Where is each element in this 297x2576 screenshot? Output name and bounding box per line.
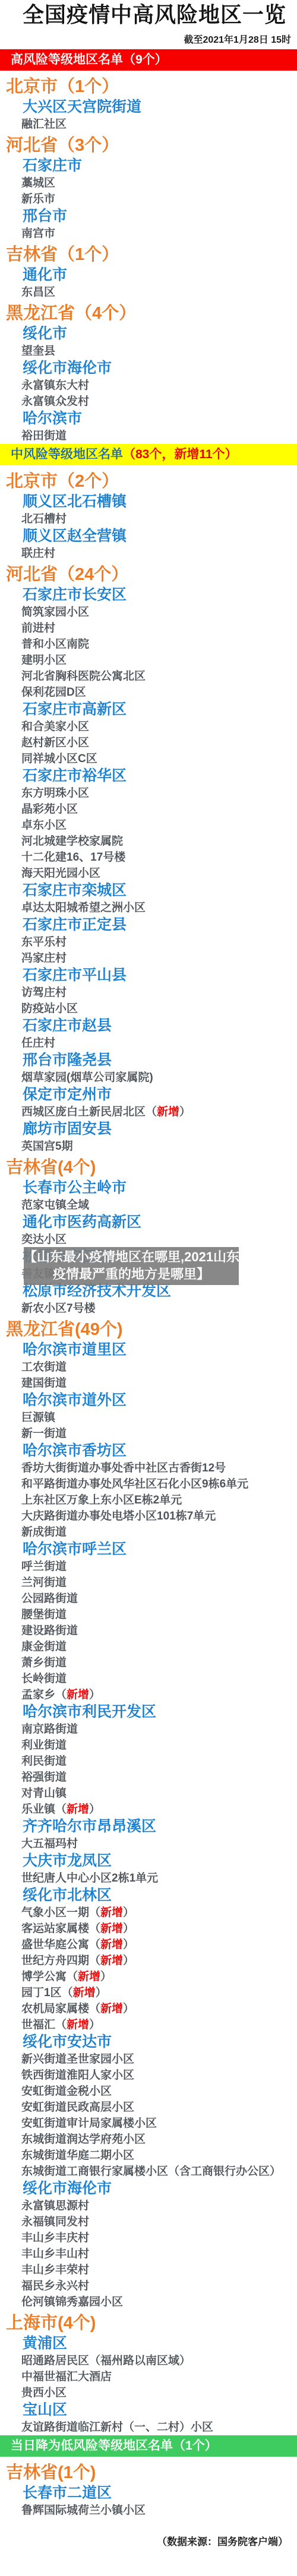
area-name: 英国宫5期	[21, 1140, 73, 1153]
area-item: 大庆路街道办事处电塔小区101栋7单元	[0, 1508, 297, 1524]
area-item: 安虹街道审计局家属楼小区	[0, 2115, 297, 2131]
area-item: 河北省胸科医院公寓北区	[0, 668, 297, 684]
area-name: 卓东小区	[21, 819, 67, 832]
area-name: 永富镇东大村	[21, 379, 89, 392]
new-badge-paren: （	[89, 1906, 100, 1919]
city-heading: 石家庄市裕华区	[0, 767, 297, 785]
area-name: 永富镇思源村	[21, 2200, 89, 2212]
area-item: 东昌区	[0, 284, 297, 300]
area-item: 博学公寓（新增）	[0, 1969, 297, 1985]
area-item: 永富镇众发村	[0, 394, 297, 410]
area-item: 农机局家属楼（新增）	[0, 2001, 297, 2017]
area-name: 乐业镇	[21, 1803, 55, 1816]
risk-section-medium: 中风险等级地区名单（83个，新增11个）北京市（2个）顺义区北石槽镇北石槽村顺义…	[0, 444, 297, 2435]
area-name: 裕田街道	[21, 430, 67, 442]
area-item: 裕强街道	[0, 1769, 297, 1785]
area-name: 客运站家属楼	[21, 1923, 89, 1935]
risk-sections: 高风险等级地区名单（9个）北京市（1个）大兴区天宫院街道融汇社区河北省（3个）石…	[0, 49, 297, 2518]
area-item: 东方明珠小区	[0, 785, 297, 801]
area-name: 防疫站小区	[21, 1003, 78, 1015]
province-heading: 吉林省(1个)	[0, 2463, 297, 2482]
area-name: 永福镇同发村	[21, 2216, 89, 2228]
area-item: 简筑家园小区	[0, 604, 297, 620]
area-name: 福民乡永兴村	[21, 2280, 89, 2292]
area-name: 简筑家园小区	[21, 606, 89, 618]
banner-label: 中风险等级地区名单	[11, 448, 123, 461]
area-item: 乐业镇（新增）	[0, 1801, 297, 1817]
area-name: 孟家乡	[21, 1689, 55, 1701]
area-item: 腰堡街道	[0, 1607, 297, 1623]
area-item: 永福镇同发村	[0, 2214, 297, 2230]
area-name: 东城街道润达学府苑小区	[21, 2133, 146, 2146]
new-badge-paren: ）	[89, 2019, 100, 2031]
city-heading: 哈尔滨市呼兰区	[0, 1541, 297, 1558]
area-item: 新兴街道圣世家园小区	[0, 2051, 297, 2067]
new-badge-paren: （	[89, 1939, 100, 1951]
area-name: 盛世华庭公寓	[21, 1939, 89, 1951]
city-heading: 大庆市龙凤区	[0, 1852, 297, 1870]
city-heading: 绥化市北林区	[0, 1887, 297, 1904]
area-item: 保利花园D区	[0, 684, 297, 700]
city-heading: 哈尔滨市道外区	[0, 1392, 297, 1409]
area-item: 东平乐村	[0, 934, 297, 950]
province-heading: 北京市（1个）	[0, 77, 297, 96]
province-heading: 黑龙江省(49个)	[0, 1320, 297, 1339]
risk-section-low: 当日降为低风险等级地区名单（1个）吉林省(1个)长春市二道区鲁辉国际城荷兰小镇小…	[0, 2435, 297, 2518]
area-item: 气象小区一期（新增）	[0, 1905, 297, 1921]
area-item: 冯家庄村	[0, 950, 297, 966]
area-name: 建明小区	[21, 654, 67, 667]
new-badge: 新增	[73, 1987, 96, 1999]
area-item: 伦河镇锦秀嘉园小区	[0, 2294, 297, 2310]
city-heading: 廊坊市固安县	[0, 1121, 297, 1138]
area-item: 南宫市	[0, 226, 297, 242]
area-item: 长岭街道	[0, 1671, 297, 1687]
area-item: 孟家乡（新增）	[0, 1687, 297, 1703]
new-badge-paren: （	[62, 1987, 73, 1999]
area-name: 保利花园D区	[21, 686, 86, 699]
area-name: 鲁辉国际城荷兰小镇小区	[21, 2504, 146, 2517]
area-name: 奕达小区	[21, 1233, 67, 1246]
city-heading: 石家庄市长安区	[0, 586, 297, 604]
area-name: 和合美家小区	[21, 721, 89, 733]
city-heading: 黄浦区	[0, 2335, 297, 2352]
banner-label: 高风险等级地区名单（9个）	[11, 53, 168, 66]
province-heading: 北京市（2个）	[0, 472, 297, 491]
new-badge: 新增	[100, 2003, 123, 2015]
area-name: 对青山镇	[21, 1787, 67, 1800]
area-item: 和平路街道办事处风华社区石化小区9栋6单元	[0, 1476, 297, 1492]
city-heading: 通化市医药高新区	[0, 1214, 297, 1231]
city-heading: 齐齐哈尔市昂昂溪区	[0, 1818, 297, 1835]
area-item: 英国宫5期	[0, 1138, 297, 1154]
new-badge-paren: ）	[89, 1803, 100, 1816]
area-item: 园丁1区（新增）	[0, 1985, 297, 2001]
new-badge-paren: ）	[100, 1971, 112, 1983]
area-item: 建设路街道	[0, 1623, 297, 1639]
area-item: 前进村	[0, 620, 297, 636]
as-of-timestamp: 截至2021年1月28日 15时	[0, 34, 297, 46]
area-name: 利业街道	[21, 1739, 67, 1752]
area-name: 园丁1区	[21, 1987, 62, 1999]
area-item: 呼兰街道	[0, 1559, 297, 1575]
province-heading: 吉林省（1个）	[0, 245, 297, 264]
area-name: 东城街道工商银行家属楼小区（含工商银行办公区）	[21, 2165, 281, 2178]
area-item: 世纪唐人中心小区2栋1单元	[0, 1870, 297, 1886]
area-item: 赵村新区小区	[0, 735, 297, 751]
area-name: 前进村	[21, 622, 55, 635]
area-item: 铁西街道淮阳人家小区	[0, 2067, 297, 2083]
area-item: 同祥城小区C区	[0, 751, 297, 767]
city-heading: 哈尔滨市香坊区	[0, 1442, 297, 1460]
city-heading: 石家庄市赵县	[0, 1017, 297, 1035]
area-name: 新成街道	[21, 1526, 67, 1538]
area-name: 任庄村	[21, 1037, 55, 1049]
area-name: 世纪唐人中心小区2栋1单元	[21, 1872, 158, 1885]
city-heading: 松原市宁江区【山东最小疫情地区在哪里,2021山东疫情最严重的地方是哪里】	[0, 1248, 297, 1265]
area-item: 和合美家小区	[0, 719, 297, 735]
area-name: 丰山乡丰荣村	[21, 2264, 89, 2276]
area-name: 赵村新区小区	[21, 737, 89, 749]
new-badge-paren: （	[55, 1689, 67, 1701]
area-name: 上东社区万象上东小区E栋2单元	[21, 1494, 182, 1506]
city-heading: 哈尔滨市道里区	[0, 1341, 297, 1359]
area-name: 藁城区	[21, 177, 55, 189]
area-name: 长岭街道	[21, 1673, 67, 1685]
area-name: 北石槽村	[21, 513, 67, 525]
area-name: 友谊路街道临江新村（一、二村）小区	[21, 2421, 213, 2434]
area-item: 普和小区南院	[0, 636, 297, 652]
area-name: 南京路街道	[21, 1723, 78, 1736]
area-item: 永富镇思源村	[0, 2198, 297, 2214]
area-item: 海天阳光园小区	[0, 865, 297, 881]
area-name: 伦河镇锦秀嘉园小区	[21, 2296, 123, 2308]
area-name: 访驾庄村	[21, 986, 67, 999]
city-heading: 邢台市隆尧县	[0, 1052, 297, 1069]
city-heading: 长春市二道区	[0, 2485, 297, 2502]
area-name: 世福汇	[21, 2019, 55, 2031]
new-badge-paren: ）	[123, 1923, 134, 1935]
area-item: 友谊路街道临江新村（一、二村）小区	[0, 2419, 297, 2435]
province-heading: 河北省（3个）	[0, 136, 297, 155]
area-item: 安虹街道金税小区	[0, 2083, 297, 2099]
area-item: 大五福玛村	[0, 1836, 297, 1852]
area-name: 康金街道	[21, 1641, 67, 1653]
area-item: 西城区庞白土新民居北区（新增）	[0, 1104, 297, 1120]
new-badge: 新增	[67, 2019, 89, 2031]
area-item: 范家屯镇全域	[0, 1197, 297, 1213]
city-heading: 绥化市安达市	[0, 2033, 297, 2051]
area-name: 腰堡街道	[21, 1609, 67, 1621]
area-item: 建明小区	[0, 652, 297, 668]
city-heading: 石家庄市平山县	[0, 967, 297, 984]
area-item: 对青山镇	[0, 1785, 297, 1801]
area-name: 联庄村	[21, 547, 55, 560]
city-heading: 石家庄市栾城区	[0, 882, 297, 899]
area-item: 上东社区万象上东小区E栋2单元	[0, 1492, 297, 1508]
new-badge: 新增	[157, 1106, 179, 1118]
area-item: 昭通路居民区（福州路以南区域）	[0, 2353, 297, 2369]
new-badge-paren: ）	[123, 2003, 134, 2015]
area-item: 建国街道	[0, 1375, 297, 1391]
city-heading: 松原市经济技术开发区	[0, 1283, 297, 1300]
city-heading: 保定市定州市	[0, 1086, 297, 1103]
area-item: 联庄村	[0, 545, 297, 561]
area-item: 南京路街道	[0, 1721, 297, 1737]
area-name: 世纪方舟四期	[21, 1955, 89, 1967]
area-item: 访驾庄村	[0, 985, 297, 1001]
new-badge-paren: （	[89, 1955, 100, 1967]
new-badge-paren: ）	[123, 1939, 134, 1951]
area-name: 萧乡街道	[21, 1657, 67, 1669]
new-badge-paren: （	[146, 1106, 157, 1118]
area-name: 中福世福汇大酒店	[21, 2371, 112, 2383]
area-name: 工农街道	[21, 1361, 67, 1373]
banner-label: 当日降为低风险等级地区名单（1个）	[11, 2439, 217, 2453]
area-name: 安虹街道审计局家属楼小区	[21, 2117, 157, 2130]
new-badge-paren: ）	[123, 1906, 134, 1919]
new-badge-paren: ）	[123, 1955, 134, 1967]
area-item: 新乐市	[0, 191, 297, 207]
area-item: 卓东小区	[0, 817, 297, 833]
area-name: 东城街道华庭二期小区	[21, 2149, 134, 2162]
area-name: 东昌区	[21, 286, 55, 299]
high-risk-banner: 高风险等级地区名单（9个）	[0, 49, 297, 71]
area-item: 烟草家园(烟草公司家属院)	[0, 1070, 297, 1086]
area-name: 香坊大街街道办事处香中社区古香街12号	[21, 1462, 226, 1474]
new-badge: 新增	[100, 1955, 123, 1967]
province-heading: 黑龙江省（4个）	[0, 304, 297, 323]
low-risk-banner: 当日降为低风险等级地区名单（1个）	[0, 2435, 297, 2457]
area-name: 博学公寓	[21, 1971, 67, 1983]
area-name: 大庆路街道办事处电塔小区101栋7单元	[21, 1510, 216, 1522]
area-name: 河北城建学校家属院	[21, 835, 123, 848]
area-item: 防疫站小区	[0, 1001, 297, 1017]
city-heading: 绥化市海伦市	[0, 360, 297, 377]
area-name: 利民街道	[21, 1755, 67, 1768]
area-item: 永富镇东大村	[0, 377, 297, 394]
area-name: 贵西小区	[21, 2387, 67, 2399]
medium-risk-banner: 中风险等级地区名单（83个，新增11个）	[0, 444, 297, 465]
new-badge: 新增	[78, 1971, 100, 1983]
area-item: 望奎县	[0, 343, 297, 359]
area-name: 望奎县	[21, 345, 55, 357]
area-name: 东平乐村	[21, 936, 67, 948]
area-name: 巨源镇	[21, 1411, 55, 1424]
area-name: 安虹街道民政高层小区	[21, 2101, 134, 2114]
area-item: 巨源镇	[0, 1410, 297, 1426]
area-name: 大五福玛村	[21, 1838, 78, 1850]
area-item: 河北城建学校家属院	[0, 833, 297, 849]
province-heading: 上海市(4个)	[0, 2314, 297, 2333]
area-name: 融汇社区	[21, 118, 67, 131]
area-item: 世纪方舟四期（新增）	[0, 1953, 297, 1969]
new-badge-paren: （	[67, 1971, 78, 1983]
new-badge-paren: （	[55, 2019, 67, 2031]
area-name: 建国街道	[21, 1377, 67, 1389]
area-item: 丰山乡丰荣村	[0, 2262, 297, 2278]
area-name: 气象小区一期	[21, 1906, 89, 1919]
area-item: 康金街道	[0, 1639, 297, 1655]
new-badge-paren: （	[89, 2003, 100, 2015]
area-name: 新兴街道圣世家园小区	[21, 2053, 134, 2066]
area-name: 和平路街道办事处风华社区石化小区9栋6单元	[21, 1478, 248, 1490]
area-item: 香坊大街街道办事处香中社区古香街12号	[0, 1460, 297, 1476]
area-item: 兰河街道	[0, 1575, 297, 1591]
area-name: 烟草家园(烟草公司家属院)	[21, 1071, 153, 1084]
area-name: 农机局家属楼	[21, 2003, 89, 2015]
area-name: 兰河街道	[21, 1576, 67, 1589]
city-heading: 通化市	[0, 267, 297, 284]
area-name: 河北省胸科医院公寓北区	[21, 670, 146, 683]
new-badge: 新增	[67, 1803, 89, 1816]
city-heading: 石家庄市正定县	[0, 916, 297, 934]
area-item: 东城街道工商银行家属楼小区（含工商银行办公区）	[0, 2163, 297, 2180]
city-heading: 哈尔滨市利民开发区	[0, 1703, 297, 1721]
city-heading: 长春市公主岭市	[0, 1179, 297, 1197]
area-item: 新成街道	[0, 1524, 297, 1540]
area-item: 丰山乡丰山村	[0, 2246, 297, 2262]
province-heading: 吉林省(4个)	[0, 1158, 297, 1177]
area-item: 新一街道	[0, 1426, 297, 1442]
area-item: 世福汇（新增）	[0, 2017, 297, 2033]
area-item: 十二化建16、17号楼	[0, 849, 297, 865]
city-heading: 顺义区赵全营镇	[0, 528, 297, 545]
area-item: 卓达太阳城希望之洲小区	[0, 900, 297, 916]
area-name: 范家屯镇全域	[21, 1199, 89, 1211]
area-name: 新一街道	[21, 1427, 67, 1440]
area-name: 普和小区南院	[21, 638, 89, 651]
area-item: 利业街道	[0, 1737, 297, 1753]
area-item: 东城街道华庭二期小区	[0, 2147, 297, 2163]
province-heading: 河北省（24个）	[0, 565, 297, 584]
new-badge-paren: ）	[179, 1106, 191, 1118]
area-name: 呼兰街道	[21, 1560, 67, 1573]
new-badge: 新增	[100, 1906, 123, 1919]
covid-risk-infographic: 全国疫情中高风险地区一览 截至2021年1月28日 15时 高风险等级地区名单（…	[0, 0, 297, 2576]
area-item: 丰山乡丰庆村	[0, 2230, 297, 2246]
area-name: 丰山乡丰山村	[21, 2248, 89, 2260]
area-item: 萧乡街道	[0, 1655, 297, 1671]
watermark-line: 【山东最小疫情地区在哪里,2021山东	[24, 1248, 239, 1265]
area-name: 卓达太阳城希望之洲小区	[21, 902, 146, 914]
city-heading: 石家庄市高新区	[0, 701, 297, 718]
city-heading: 绥化市	[0, 325, 297, 342]
area-name: 昭通路居民区（福州路以南区域）	[21, 2355, 191, 2367]
area-name: 同祥城小区C区	[21, 753, 97, 765]
area-item: 融汇社区	[0, 116, 297, 132]
area-item: 晶彩苑小区	[0, 801, 297, 817]
area-name: 丰山乡丰庆村	[21, 2232, 89, 2244]
area-item: 公园路街道	[0, 1591, 297, 1607]
new-badge-paren: ）	[96, 1987, 107, 1999]
area-item: 贵西小区	[0, 2385, 297, 2401]
area-item: 福民乡永兴村	[0, 2278, 297, 2294]
area-name: 新乐市	[21, 193, 55, 205]
page-title: 全国疫情中高风险地区一览	[0, 0, 297, 27]
city-heading: 顺义区北石槽镇	[0, 493, 297, 510]
area-item: 新农小区7号楼	[0, 1300, 297, 1316]
area-item: 奕达小区	[0, 1232, 297, 1248]
area-name: 安虹街道金税小区	[21, 2085, 112, 2098]
area-name: 新农小区7号楼	[21, 1302, 96, 1315]
city-heading: 宝山区	[0, 2401, 297, 2419]
area-name: 南宫市	[21, 227, 55, 240]
city-heading: 哈尔滨市	[0, 410, 297, 427]
area-name: 西城区庞白土新民居北区	[21, 1106, 146, 1118]
area-item: 裕田街道	[0, 428, 297, 444]
new-badge: 新增	[67, 1689, 89, 1701]
area-name: 永富镇众发村	[21, 395, 89, 408]
city-heading: 绥化市海伦市	[0, 2180, 297, 2197]
area-item: 客运站家属楼（新增）	[0, 1921, 297, 1937]
new-badge-paren: （	[55, 1803, 67, 1816]
area-name: 冯家庄村	[21, 952, 67, 965]
city-heading: 石家庄市	[0, 157, 297, 175]
watermark-line: 疫情最严重的地方是哪里】	[24, 1265, 239, 1283]
area-name: 海天阳光园小区	[21, 867, 100, 880]
area-item: 东城街道润达学府苑小区	[0, 2131, 297, 2147]
area-item: 安虹街道民政高层小区	[0, 2099, 297, 2115]
area-name: 铁西街道淮阳人家小区	[21, 2069, 134, 2082]
area-name: 十二化建16、17号楼	[21, 851, 125, 864]
banner-label: （83个，新增11个）	[123, 448, 238, 461]
area-name: 东方明珠小区	[21, 787, 89, 800]
area-name: 裕强街道	[21, 1771, 67, 1784]
area-name: 晶彩苑小区	[21, 803, 78, 816]
city-heading: 大兴区天宫院街道	[0, 99, 297, 116]
watermark-overlay: 【山东最小疫情地区在哪里,2021山东疫情最严重的地方是哪里】	[24, 1247, 239, 1285]
area-item: 利民街道	[0, 1753, 297, 1769]
area-item: 盛世华庭公寓（新增）	[0, 1937, 297, 1953]
area-item: 北石槽村	[0, 511, 297, 527]
new-badge: 新增	[100, 1939, 123, 1951]
area-name: 建设路街道	[21, 1625, 78, 1637]
city-heading: 邢台市	[0, 208, 297, 225]
area-item: 任庄村	[0, 1035, 297, 1051]
risk-section-high: 高风险等级地区名单（9个）北京市（1个）大兴区天宫院街道融汇社区河北省（3个）石…	[0, 49, 297, 444]
new-badge-paren: ）	[89, 1689, 100, 1701]
area-name: 公园路街道	[21, 1592, 78, 1605]
area-item: 藁城区	[0, 175, 297, 191]
area-item: 中福世福汇大酒店	[0, 2369, 297, 2385]
data-source-note: （数据来源：国务院客户端）	[0, 2536, 297, 2548]
area-item: 工农街道	[0, 1359, 297, 1375]
new-badge-paren: （	[89, 1923, 100, 1935]
area-item: 鲁辉国际城荷兰小镇小区	[0, 2502, 297, 2518]
new-badge: 新增	[100, 1923, 123, 1935]
